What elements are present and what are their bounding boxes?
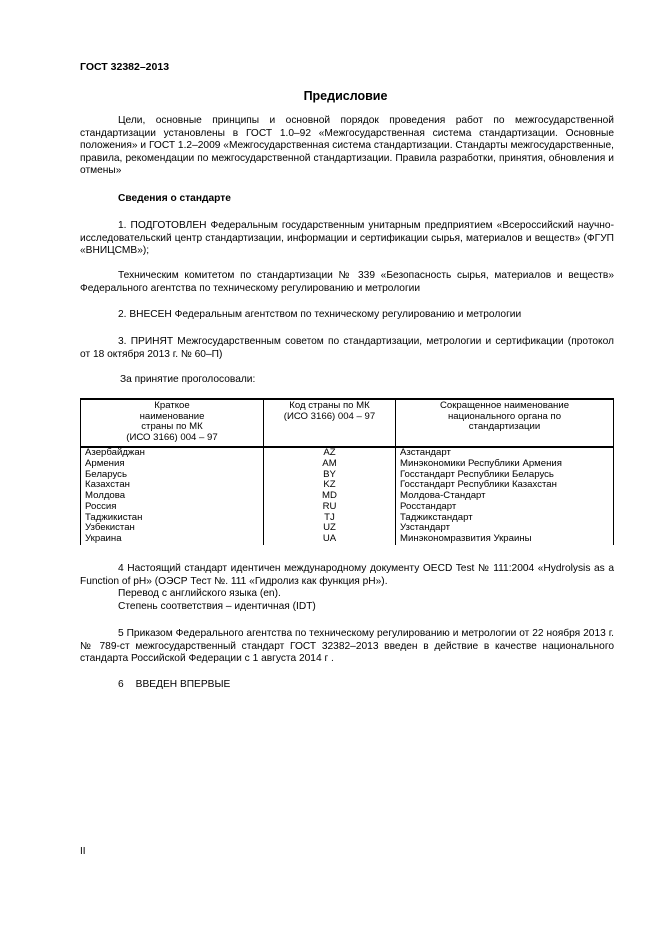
- item-4-translation: Перевод с английского языка (en).: [80, 588, 614, 601]
- table-row: РоссияRUРосстандарт: [81, 502, 614, 513]
- header-line: Код страны по МК: [268, 401, 391, 412]
- item-4-degree: Степень соответствия – идентичная (IDT): [80, 601, 614, 614]
- page-number: II: [80, 846, 86, 857]
- section-heading-text: Сведения о стандарте: [118, 193, 231, 204]
- page-title: Предисловие: [0, 89, 661, 103]
- national-body-cell: Росстандарт: [396, 502, 614, 513]
- section-heading: Сведения о стандарте: [80, 193, 614, 206]
- country-code-cell: UA: [264, 534, 396, 545]
- document-code: ГОСТ 32382–2013: [80, 61, 169, 73]
- item-1b-paragraph: Техническим комитетом по стандартизации …: [80, 270, 614, 295]
- translation-text: Перевод с английского языка (en).: [118, 588, 281, 599]
- voting-table: Краткое наименование страны по МК (ИСО 3…: [80, 398, 614, 545]
- header-national-body: Сокращенное наименование национального о…: [396, 399, 614, 447]
- item-6-text: ВВЕДЕН ВПЕРВЫЕ: [136, 679, 231, 690]
- item-1b-text: Техническим комитетом по стандартизации …: [80, 270, 614, 294]
- country-code-cell: RU: [264, 502, 396, 513]
- country-name-cell: Украина: [81, 534, 264, 545]
- header-line: (ИСО 3166) 004 – 97: [85, 433, 259, 444]
- item-2-paragraph: 2. ВНЕСЕН Федеральным агентством по техн…: [80, 309, 614, 322]
- national-body-cell: Минэкономразвития Украины: [396, 534, 614, 545]
- country-name-cell: Россия: [81, 502, 264, 513]
- table-header-row: Краткое наименование страны по МК (ИСО 3…: [81, 399, 614, 447]
- table-row: ТаджикистанTJТаджикстандарт: [81, 513, 614, 524]
- item-1-paragraph: 1. ПОДГОТОВЛЕН Федеральным государственн…: [80, 220, 614, 258]
- header-line: (ИСО 3166) 004 – 97: [268, 412, 391, 423]
- item-2-text: 2. ВНЕСЕН Федеральным агентством по техн…: [118, 309, 521, 320]
- intro-text: Цели, основные принципы и основной поряд…: [80, 115, 614, 176]
- intro-paragraph: Цели, основные принципы и основной поряд…: [80, 115, 614, 178]
- item-5-text: 5 Приказом Федерального агентства по тех…: [80, 628, 614, 664]
- table-row: УкраинаUAМинэкономразвития Украины: [81, 534, 614, 545]
- item-6-number: 6: [118, 679, 124, 690]
- voted-text: За принятие проголосовали:: [120, 374, 255, 385]
- item-3-text: 3. ПРИНЯТ Межгосударственным советом по …: [80, 336, 614, 360]
- table-row: МолдоваMDМолдова-Стандарт: [81, 491, 614, 502]
- document-page: ГОСТ 32382–2013 Предисловие Цели, основн…: [0, 0, 661, 935]
- header-line: Сокращенное наименование: [400, 401, 609, 412]
- voted-label: За принятие проголосовали:: [80, 374, 614, 387]
- item-4-paragraph: 4 Настоящий стандарт идентичен междунаро…: [80, 563, 614, 588]
- header-line: Краткое: [85, 401, 259, 412]
- item-1-text: 1. ПОДГОТОВЛЕН Федеральным государственн…: [80, 220, 614, 256]
- table-row: КазахстанKZГосстандарт Республики Казахс…: [81, 480, 614, 491]
- item-3-paragraph: 3. ПРИНЯТ Межгосударственным советом по …: [80, 336, 614, 361]
- header-country-name: Краткое наименование страны по МК (ИСО 3…: [81, 399, 264, 447]
- table-row: УзбекистанUZУзстандарт: [81, 523, 614, 534]
- degree-text: Степень соответствия – идентичная (IDT): [118, 601, 316, 612]
- item-4-text: 4 Настоящий стандарт идентичен междунаро…: [80, 563, 614, 587]
- item-5-paragraph: 5 Приказом Федерального агентства по тех…: [80, 628, 614, 666]
- header-line: стандартизации: [400, 422, 609, 433]
- header-country-code: Код страны по МК (ИСО 3166) 004 – 97: [264, 399, 396, 447]
- item-6-paragraph: 6ВВЕДЕН ВПЕРВЫЕ: [80, 679, 614, 692]
